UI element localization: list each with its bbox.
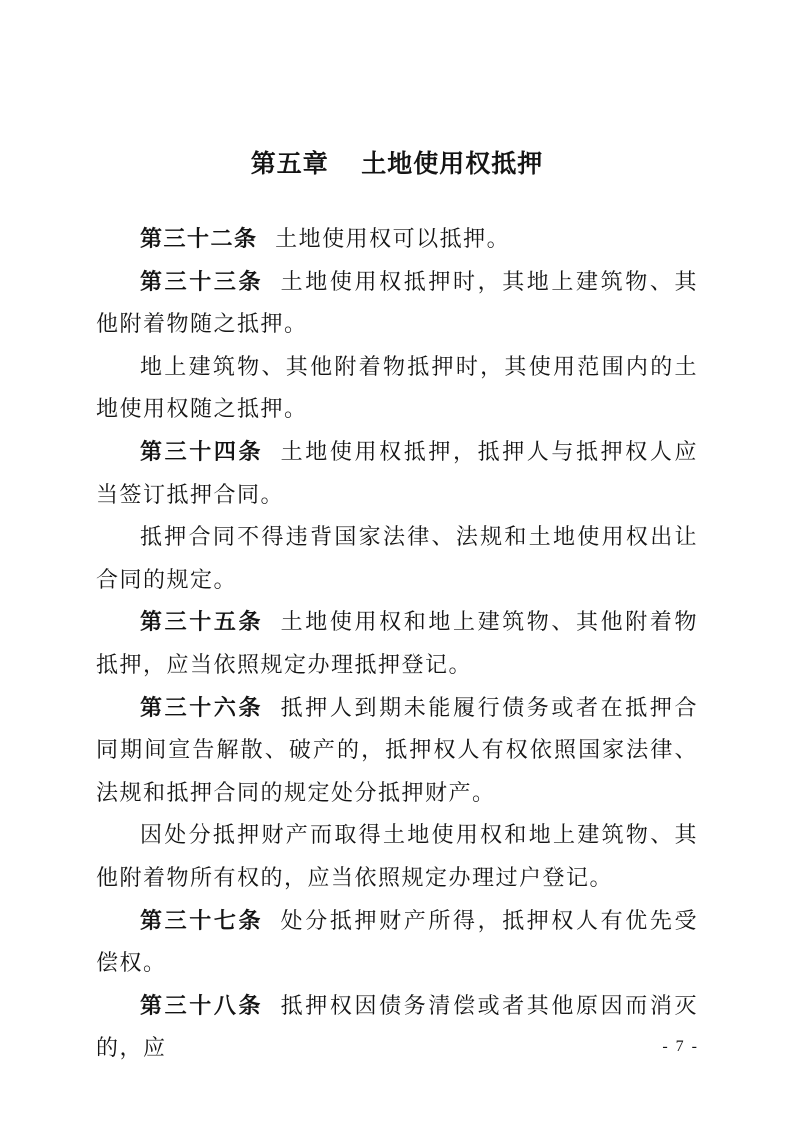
- article-paragraph: 第三十二条土地使用权可以抵押。: [96, 218, 698, 261]
- chapter-title: 第五章土地使用权抵押: [96, 146, 698, 182]
- article-number-label: 第三十二条: [140, 226, 258, 251]
- article-text: 因处分抵押财产而取得土地使用权和地上建筑物、其他附着物所有权的，应当依照规定办理…: [96, 822, 698, 890]
- article-paragraph: 第三十五条土地使用权和地上建筑物、其他附着物抵押，应当依照规定办理抵押登记。: [96, 601, 698, 686]
- article-number-label: 第三十七条: [140, 908, 263, 933]
- article-number-label: 第三十四条: [140, 439, 263, 464]
- article-number-label: 第三十五条: [140, 609, 263, 634]
- article-paragraph: 第三十六条抵押人到期未能履行债务或者在抵押合同期间宣告解散、破产的，抵押权人有权…: [96, 687, 698, 815]
- article-paragraph: 抵押合同不得违背国家法律、法规和土地使用权出让合同的规定。: [96, 516, 698, 601]
- chapter-number: 第五章: [251, 150, 329, 178]
- article-number-label: 第三十八条: [140, 993, 263, 1018]
- article-paragraph: 第三十七条处分抵押财产所得，抵押权人有优先受偿权。: [96, 900, 698, 985]
- document-page: 第五章土地使用权抵押 第三十二条土地使用权可以抵押。 第三十三条土地使用权抵押时…: [0, 0, 793, 1122]
- article-text: 地上建筑物、其他附着物抵押时，其使用范围内的土地使用权随之抵押。: [96, 354, 698, 422]
- article-paragraph: 第三十四条土地使用权抵押，抵押人与抵押权人应当签订抵押合同。: [96, 431, 698, 516]
- article-paragraph: 第三十八条抵押权因债务清偿或者其他原因而消灭的，应: [96, 985, 698, 1070]
- article-text: 土地使用权可以抵押。: [275, 226, 510, 251]
- page-number: - 7 -: [662, 1038, 699, 1056]
- chapter-title-text: 土地使用权抵押: [361, 150, 543, 178]
- article-number-label: 第三十三条: [140, 269, 263, 294]
- article-paragraph: 因处分抵押财产而取得土地使用权和地上建筑物、其他附着物所有权的，应当依照规定办理…: [96, 814, 698, 899]
- article-paragraph: 地上建筑物、其他附着物抵押时，其使用范围内的土地使用权随之抵押。: [96, 346, 698, 431]
- article-number-label: 第三十六条: [140, 695, 263, 720]
- article-paragraph: 第三十三条土地使用权抵押时，其地上建筑物、其他附着物随之抵押。: [96, 261, 698, 346]
- article-text: 抵押合同不得违背国家法律、法规和土地使用权出让合同的规定。: [96, 524, 698, 592]
